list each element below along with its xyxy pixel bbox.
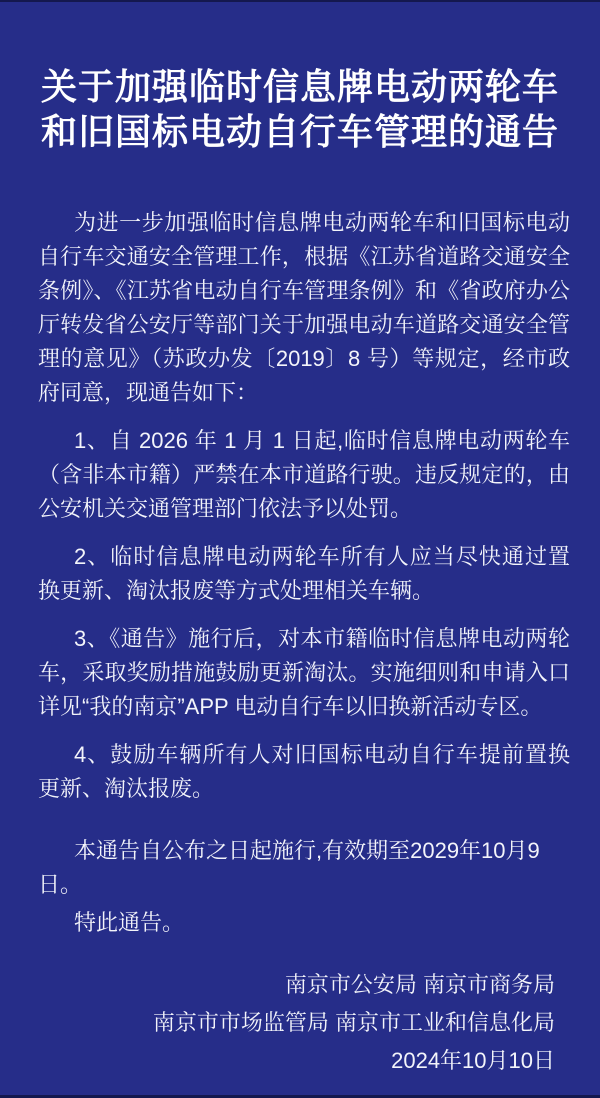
signature-agencies-line2: 南京市市场监管局 南京市工业和信息化局	[0, 1004, 555, 1042]
signature-agencies-line1: 南京市公安局 南京市商务局	[0, 966, 555, 1004]
signature-date: 2024年10月10日	[0, 1042, 555, 1080]
notice-closing: 本通告自公布之日起施行,有效期至2029年10月9日。 特此通告。	[38, 834, 570, 940]
notice-body: 为进一步加强临时信息牌电动两轮车和旧国标电动自行车交通安全管理工作，根据《江苏省…	[38, 206, 570, 806]
top-edge-shadow	[0, 0, 600, 2]
notice-title: 关于加强临时信息牌电动两轮车 和旧国标电动自行车管理的通告	[18, 64, 582, 154]
notice-title-line1: 关于加强临时信息牌电动两轮车	[18, 64, 582, 109]
notice-page: 关于加强临时信息牌电动两轮车 和旧国标电动自行车管理的通告 为进一步加强临时信息…	[0, 0, 600, 1098]
notice-paragraph-item2: 2、临时信息牌电动两轮车所有人应当尽快通过置换更新、淘汰报废等方式处理相关车辆。	[38, 540, 570, 608]
notice-paragraph-intro: 为进一步加强临时信息牌电动两轮车和旧国标电动自行车交通安全管理工作，根据《江苏省…	[38, 206, 570, 410]
notice-paragraph-item1: 1、自 2026 年 1 月 1 日起,临时信息牌电动两轮车（含非本市籍）严禁在…	[38, 424, 570, 526]
closing-hereby: 特此通告。	[38, 906, 570, 940]
notice-paragraph-item4: 4、鼓励车辆所有人对旧国标电动自行车提前置换更新、淘汰报废。	[38, 738, 570, 806]
closing-effective-date: 本通告自公布之日起施行,有效期至2029年10月9日。	[38, 834, 570, 902]
notice-paragraph-item3: 3、《通告》施行后，对本市籍临时信息牌电动两轮车，采取奖励措施鼓励更新淘汰。实施…	[38, 622, 570, 724]
signature-block: 南京市公安局 南京市商务局 南京市市场监管局 南京市工业和信息化局 2024年1…	[0, 966, 555, 1080]
notice-title-line2: 和旧国标电动自行车管理的通告	[18, 109, 582, 154]
